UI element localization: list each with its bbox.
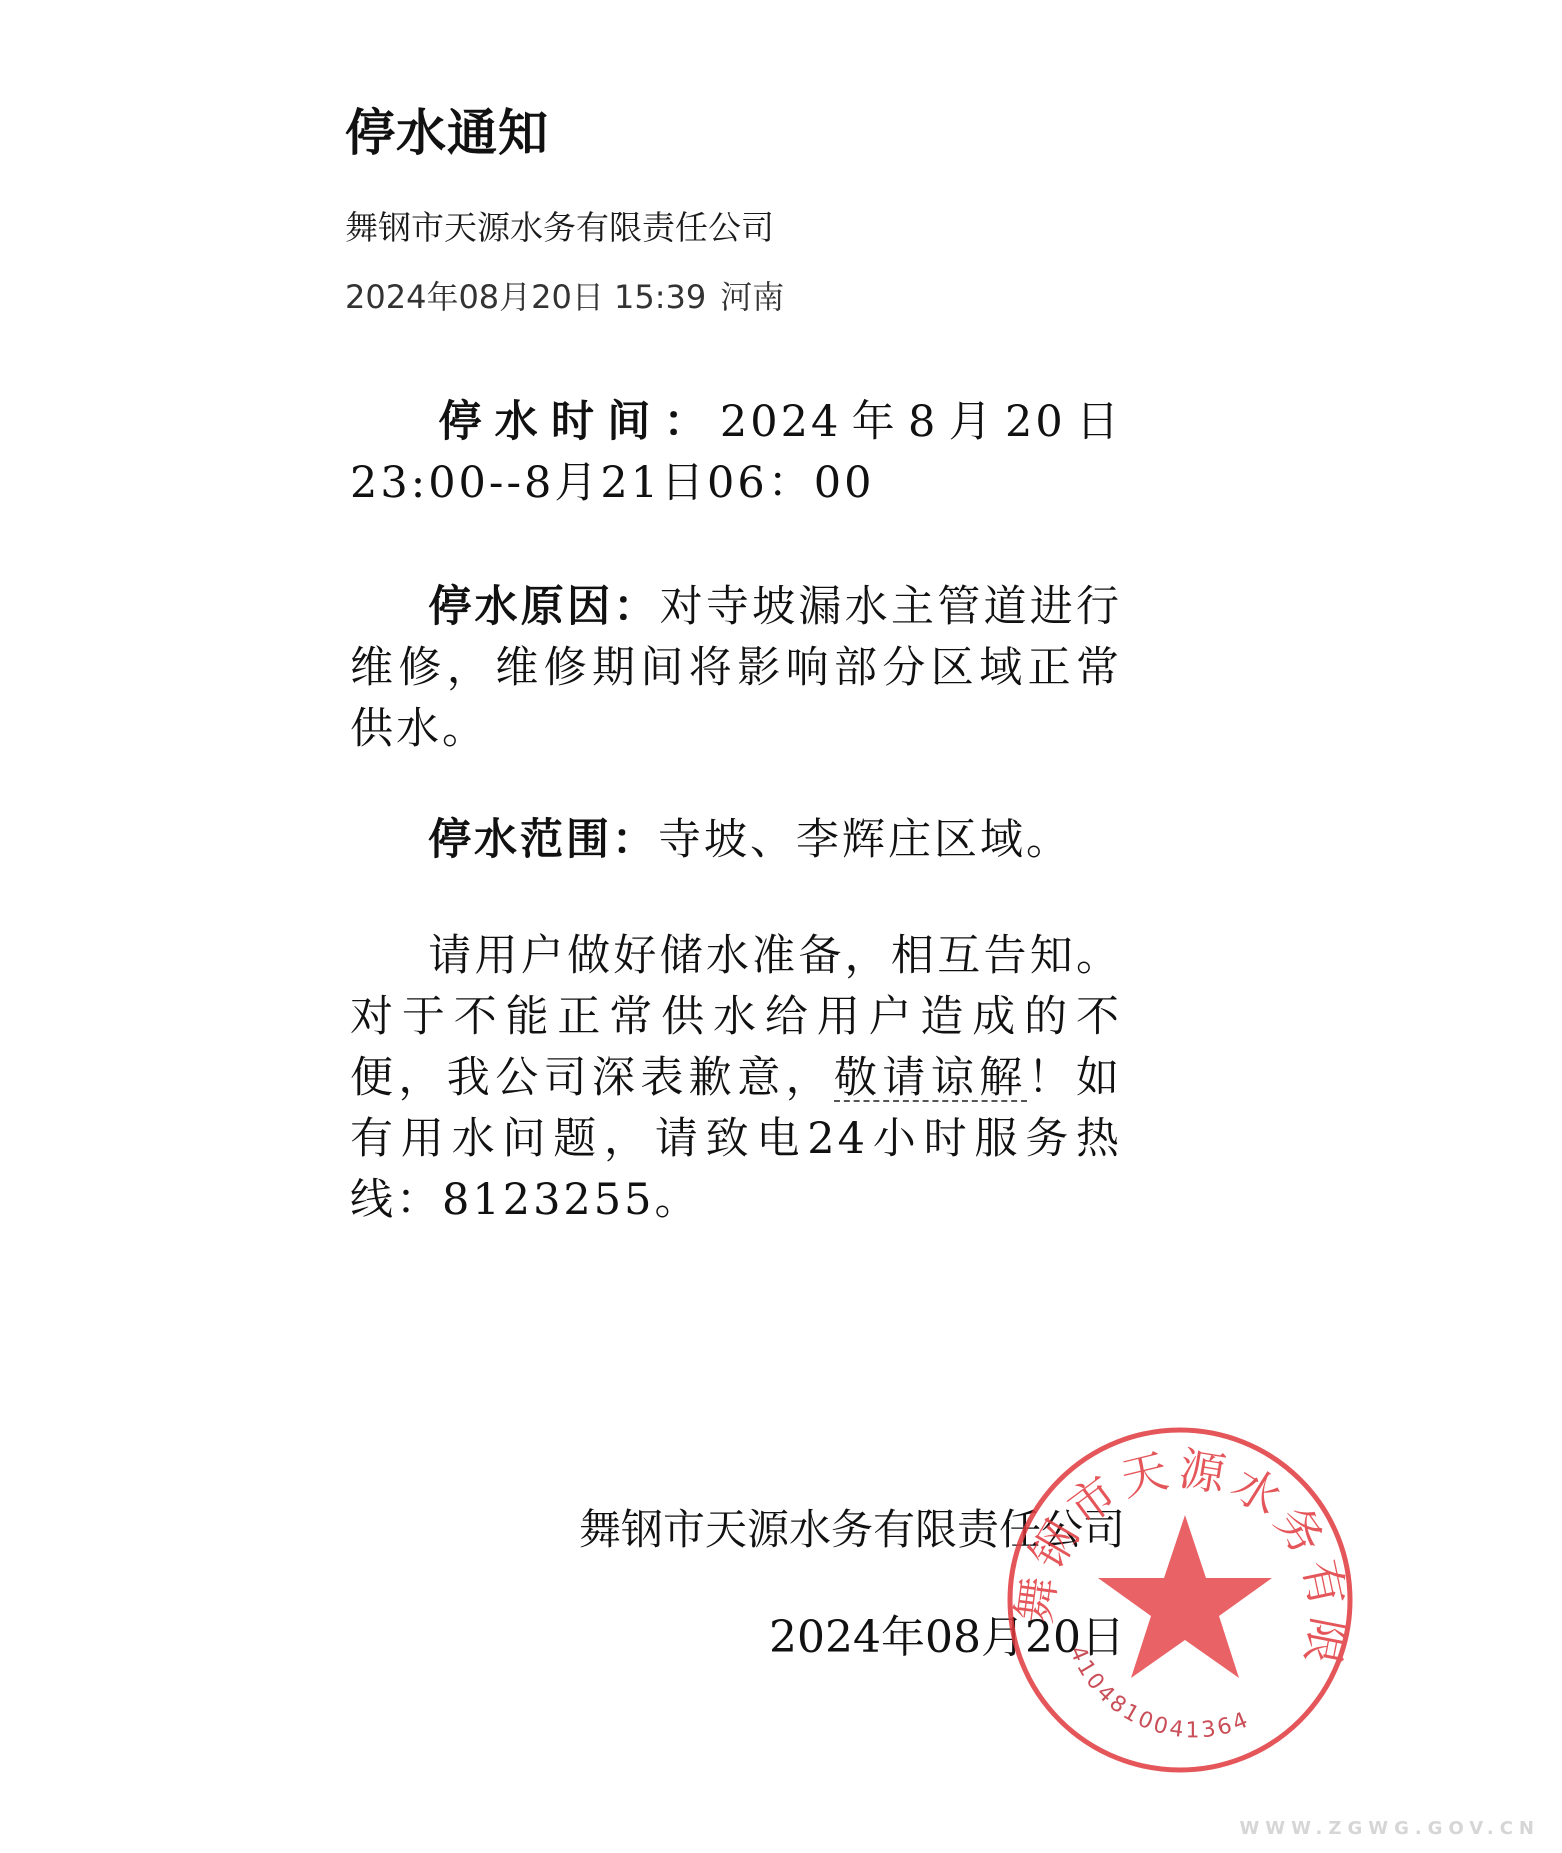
outage-reason-label: 停水原因： (428, 582, 660, 632)
seal-icon: 舞钢市天源水务有限责任公司 4104810041364 (1000, 1420, 1360, 1780)
publisher-name: 舞钢市天源水务有限责任公司 (345, 205, 774, 251)
site-watermark: WWW.ZGWG.GOV.CN (1239, 1818, 1540, 1839)
closing-underlined-text: 敬请谅解 (834, 1053, 1028, 1103)
outage-time-paragraph: 停水时间：2024年8月20日23:00--8月21日06：00 (350, 392, 1122, 514)
company-seal-stamp: 舞钢市天源水务有限责任公司 4104810041364 (1000, 1420, 1360, 1780)
page-title: 停水通知 (345, 100, 549, 166)
publish-meta: 2024年08月20日 15:39河南 (345, 274, 784, 320)
outage-scope-value: 寺坡、李辉庄区域。 (658, 815, 1072, 865)
outage-time-label: 停水时间： (428, 397, 720, 447)
star-icon (1098, 1515, 1272, 1678)
outage-reason-paragraph: 停水原因：对寺坡漏水主管道进行维修，维修期间将影响部分区域正常供水。 (350, 577, 1122, 760)
publish-datetime: 2024年08月20日 15:39 (345, 278, 706, 316)
outage-scope-label: 停水范围： (428, 815, 658, 865)
closing-paragraph: 请用户做好储水准备，相互告知。对于不能正常供水给用户造成的不便，我公司深表歉意，… (350, 926, 1122, 1231)
publish-location: 河南 (720, 278, 784, 316)
outage-scope-paragraph: 停水范围：寺坡、李辉庄区域。 (350, 810, 1122, 871)
